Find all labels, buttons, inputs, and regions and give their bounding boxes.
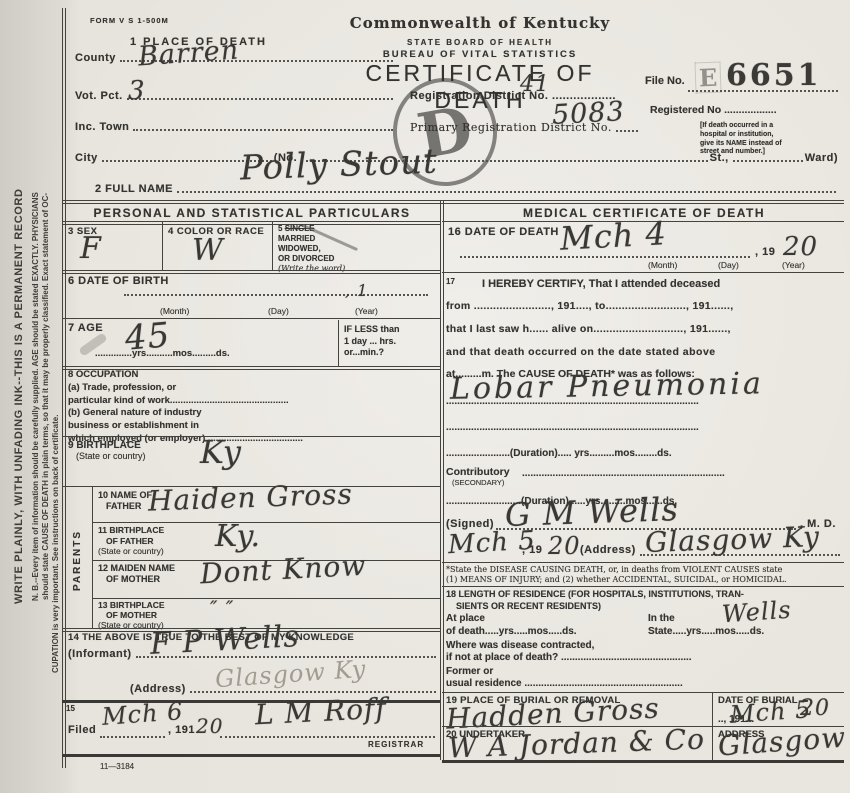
cause-duration-line: .......................(Duration)..... y… [446, 448, 672, 459]
certify-death-occurred-line: and that death occurred on the date stat… [446, 346, 716, 358]
undertaker-address-value: Glasgow [717, 724, 847, 761]
at-place-label: At place [446, 613, 485, 624]
occupation-box: 8 OCCUPATION (a) Trade, profession, or p… [68, 369, 303, 446]
form-bottom-line-right [442, 760, 844, 763]
filed-label: Filed [68, 724, 96, 736]
father-name-value: Haiden Gross [148, 480, 354, 515]
margin-nb-line2: should state CAUSE OF DEATH in plain ter… [41, 0, 51, 793]
father-name-label: 10 NAME OF FATHER [98, 490, 152, 513]
occupation-label: 8 OCCUPATION [68, 369, 303, 382]
commonwealth-heading: Commonwealth of Kentucky [330, 14, 630, 32]
burial-year-printed: .., 191... [718, 714, 754, 725]
city-dotted-line3 [733, 159, 803, 162]
race-marital-divider [272, 222, 273, 270]
personal-section-title: PERSONAL AND STATISTICAL PARTICULARS [68, 206, 436, 220]
residence-value: Wells [721, 598, 792, 627]
if-less-line3: or...min.? [344, 347, 400, 359]
county-value: Barren [137, 37, 240, 71]
occupation-b-line1: (b) General nature of industry [68, 407, 303, 420]
full-name-row: 2 FULL NAME [95, 183, 838, 195]
if-less-box: IF LESS than 1 day ... hrs. or...min.? [344, 324, 400, 359]
of-death-line: of death.....yrs.....mos.....ds. [446, 626, 577, 637]
file-no-dotted-line [688, 90, 838, 92]
column-divider [440, 200, 444, 760]
mother-name-label: 12 MAIDEN NAME OF MOTHER [98, 563, 175, 586]
file-no-stamp-prefix: E [694, 62, 721, 94]
mother-name-bottom-line [92, 598, 440, 599]
marital-status-box: 5 SINGLE MARRIED WIDOWED, OR DIVORCED (W… [278, 224, 345, 274]
contributory-label: Contributory [446, 466, 510, 478]
full-name-dotted-line [177, 190, 836, 193]
mother-birthplace-label-line1: 13 BIRTHPLACE [98, 600, 165, 610]
disease-contracted-line1: Where was disease contracted, [446, 640, 594, 651]
header-divider [62, 200, 844, 204]
vot-pct-dotted-line [127, 97, 393, 100]
if-less-line1: IF LESS than [344, 324, 400, 336]
former-residence-line1: Former or [446, 666, 493, 677]
sex-race-divider [162, 222, 163, 270]
inc-town-row: Inc. Town [75, 121, 395, 133]
signed-address-label: (Address) [580, 544, 636, 556]
file-no-label: File No. [645, 75, 685, 87]
hospital-note-line3: give its NAME instead of [700, 140, 845, 149]
dob-dotted-line [124, 293, 428, 296]
dod-year-printed: , 19 [755, 246, 775, 258]
inc-town-dotted-line [133, 128, 393, 131]
dob-year-label: (Year) [355, 306, 378, 316]
dod-value: Mch 4 [559, 217, 667, 255]
filed-dotted-line [100, 736, 165, 738]
city-ward-label: Ward) [805, 152, 838, 164]
birthplace-sublabel: (State or country) [76, 451, 146, 461]
death-certificate-scan: WRITE PLAINLY, WITH UNFADING INK--THIS I… [0, 0, 850, 793]
marital-item-number: 5 [278, 224, 282, 233]
signed-year-written: 20 [548, 534, 581, 558]
informant-label: (Informant) [68, 648, 132, 660]
in-the-label: In the [648, 613, 675, 624]
hospital-note-line1: [If death occurred in a [700, 122, 845, 131]
hospital-note-line2: hospital or institution, [700, 131, 845, 140]
dod-year-label: (Year) [782, 260, 805, 270]
dob-label: 6 DATE OF BIRTH [68, 275, 169, 287]
dod-day-label: (Day) [718, 260, 739, 270]
mother-name-value: Dont Know [199, 552, 367, 589]
certify-item-number: 17 [446, 277, 455, 286]
margin-nb-line1: N. B.--Every item of information should … [31, 0, 41, 793]
dob-line [120, 293, 430, 298]
margin-nb-line3: CUPATION is very important. See instruct… [51, 0, 61, 793]
if-less-line2: 1 day ... hrs. [344, 336, 400, 348]
father-birthplace-label-line3: (State or country) [98, 546, 164, 557]
registrar-label: REGISTRAR [368, 740, 424, 749]
informant-value: F P Wells [149, 622, 300, 660]
birthplace-label: 9 BIRTHPLACE [68, 440, 141, 451]
parents-vertical-label: PARENTS [72, 492, 86, 628]
city-row: City (No. St., Ward) [75, 152, 838, 164]
cause-dotted-line2: ........................................… [446, 422, 699, 433]
occupation-a-line2: particular kind of work.................… [68, 395, 303, 408]
certify-from-to-line: from ........................, 191...., … [446, 300, 733, 312]
full-name-value: Polly Stout [239, 145, 438, 186]
city-st-label: St., [710, 152, 729, 164]
inc-town-label: Inc. Town [75, 121, 129, 133]
vot-pct-label: Vot. Pct. [75, 90, 123, 102]
form-code: FORM V S 1-500M [90, 16, 169, 25]
form-left-border [62, 8, 66, 768]
dod-label: 16 DATE OF DEATH [448, 226, 559, 238]
file-no-stamp-number: 6651 [726, 58, 822, 93]
residence-header-line2: SIENTS OR RECENT RESIDENTS) [446, 601, 744, 613]
filed-year-printed: , 191 [168, 724, 195, 736]
mother-name-label-line2: OF MOTHER [98, 574, 175, 585]
cause-of-death-value: Lobar Pneumonia [450, 369, 764, 404]
father-name-label-line2: FATHER [98, 501, 152, 512]
cause-footnote-line1: *State the DISEASE CAUSING DEATH, or, in… [446, 565, 787, 575]
form-bottom-line-left [62, 754, 440, 757]
occupation-a-line1: (a) Trade, profession, or [68, 382, 303, 395]
signed-year-printed: , 19 [522, 544, 542, 556]
race-value: W [192, 236, 224, 266]
sex-row-bottom-line [62, 270, 440, 274]
father-name-bottom-line [92, 522, 440, 523]
margin-warning-text: WRITE PLAINLY, WITH UNFADING INK--THIS I… [13, 0, 30, 793]
occupation-b-line2: business or establishment in [68, 420, 303, 433]
filed-item-number: 15 [66, 704, 75, 713]
father-birthplace-label-line1: 11 BIRTHPLACE [98, 525, 164, 536]
father-birthplace-label: 11 BIRTHPLACE OF FATHER (State or countr… [98, 525, 164, 557]
sex-value: F [80, 234, 102, 264]
footnote-bottom-line [442, 586, 844, 587]
dod-year-written: 20 [783, 234, 818, 260]
cause-footnote: *State the DISEASE CAUSING DEATH, or, in… [446, 565, 787, 586]
father-birthplace-value: Ky. [215, 522, 261, 552]
contributory-dotted-line: ........................................… [522, 468, 725, 479]
personal-title-underline [62, 221, 440, 225]
reg-district-value: 41 [520, 74, 550, 96]
cause-footnote-line2: (1) MEANS OF INJURY; and (2) whether ACC… [446, 575, 787, 585]
registrar-signature: L M Roff [254, 695, 387, 730]
age-label: 7 AGE [68, 322, 103, 334]
state-line: State.....yrs.....mos.....ds. [648, 626, 764, 637]
dob-row-bottom-line [62, 318, 440, 319]
dod-month-label: (Month) [648, 260, 677, 270]
vot-pct-value: 3 [128, 78, 146, 104]
signed-address-value: Glasgow Ky [645, 523, 821, 557]
father-birthplace-label-line2: OF FATHER [98, 536, 164, 547]
mother-name-label-line1: 12 MAIDEN NAME [98, 563, 175, 574]
dod-bottom-line [442, 272, 844, 273]
full-name-label: 2 FULL NAME [95, 183, 173, 195]
dob-value: , 1 [345, 283, 368, 299]
burial-year-written: 20 [800, 698, 830, 720]
filed-year-written: 20 [196, 716, 223, 736]
age-ifless-divider [338, 320, 339, 366]
dod-dotted-line [460, 256, 750, 258]
mother-birthplace-label-line2: OF MOTHER [98, 610, 165, 620]
residence-header: 18 LENGTH OF RESIDENCE (FOR HOSPITALS, I… [446, 589, 744, 612]
birthplace-value: Ky [200, 436, 242, 468]
disease-contracted-line2: if not at place of death? ..............… [446, 652, 692, 663]
undertaker-value: W A Jordan & Co [448, 726, 706, 763]
state-board-heading: STATE BOARD OF HEALTH [330, 38, 630, 47]
certify-statement: I HEREBY CERTIFY, That I attended deceas… [482, 278, 720, 290]
occupation-bottom-line [62, 436, 440, 437]
certify-last-saw-line: that I last saw h...... alive on........… [446, 323, 731, 335]
mother-birthplace-value: ″ ″ [210, 598, 234, 618]
county-label: County [75, 52, 116, 64]
parents-inner-divider [92, 486, 93, 628]
contributory-secondary-label: (SECONDARY) [452, 478, 504, 487]
former-residence-line2: usual residence ........................… [446, 678, 683, 689]
vot-pct-row: Vot. Pct. [75, 90, 395, 102]
registrar-dotted-line [220, 736, 435, 738]
residence-header-line1: 18 LENGTH OF RESIDENCE (FOR HOSPITALS, I… [446, 589, 744, 601]
father-name-label-line1: 10 NAME OF [98, 490, 152, 501]
plate-number: 11—3184 [100, 762, 134, 771]
footnote-top-line [442, 562, 844, 563]
city-label: City [75, 152, 98, 164]
primary-district-value: 5083 [551, 98, 625, 129]
primary-district-dotted-line [616, 129, 638, 132]
registered-no-label: Registered No .................. [650, 104, 777, 116]
age-units-line: ..............yrs..........mos.........d… [95, 348, 230, 359]
marital-divorced-option: OR DIVORCED [278, 254, 345, 264]
marital-widowed-option: WIDOWED, [278, 244, 345, 254]
dob-day-label: (Day) [268, 306, 289, 316]
informant-address-label: (Address) [130, 683, 186, 695]
